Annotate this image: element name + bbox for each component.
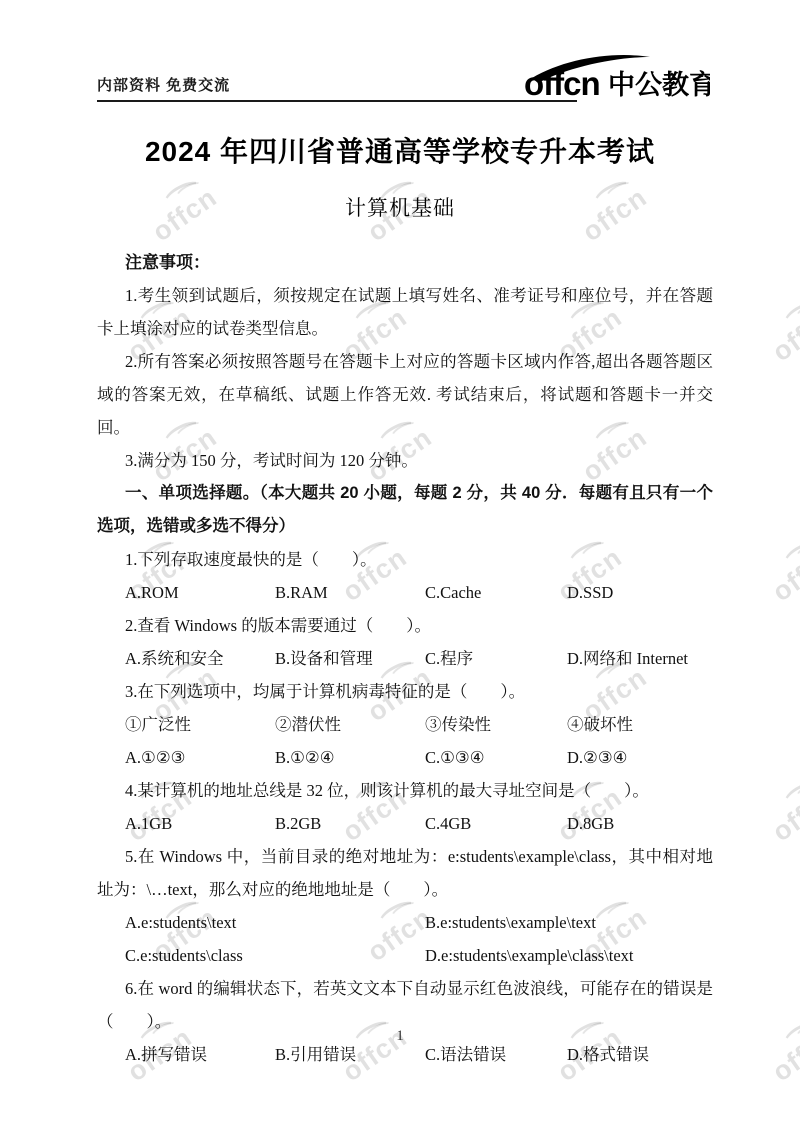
- exam-body: 注意事项： 1.考生领到试题后，须按规定在试题上填写姓名、准考证号和座位号，并在…: [97, 246, 713, 1071]
- option: C.Cache: [425, 576, 567, 609]
- header-label: 内部资料 免费交流: [97, 74, 230, 95]
- exam-page: offcnoffcnoffcnoffcnoffcnoffcnoffcnoffcn…: [0, 0, 800, 1131]
- option: A.拼写错误: [125, 1038, 275, 1071]
- options-row: A.ROMB.RAMC.CacheD.SSD: [97, 576, 713, 609]
- option: C.程序: [425, 642, 567, 675]
- options-row: ①广泛性②潜伏性③传染性④破坏性: [97, 708, 713, 741]
- option: ③传染性: [425, 708, 567, 741]
- option: D.SSD: [567, 576, 613, 609]
- option: D.格式错误: [567, 1038, 649, 1071]
- options-row: A.①②③B.①②④C.①③④D.②③④: [97, 741, 713, 774]
- option: C.语法错误: [425, 1038, 567, 1071]
- note-item: 3.满分为 150 分，考试时间为 120 分钟。: [97, 444, 713, 477]
- question-text: 4.某计算机的地址总线是 32 位，则该计算机的最大寻址空间是（ ）。: [97, 774, 713, 807]
- option: B.2GB: [275, 807, 425, 840]
- option: D.8GB: [567, 807, 614, 840]
- option: B.e:students\example\text: [425, 906, 596, 939]
- page-subtitle: 计算机基础: [0, 194, 800, 224]
- option: C.e:students\class: [125, 939, 425, 972]
- option: B.RAM: [275, 576, 425, 609]
- question-text: 3.在下列选项中，均属于计算机病毒特征的是（ ）。: [97, 675, 713, 708]
- note-item: 2.所有答案必须按照答题号在答题卡上对应的答题卡区域内作答,超出各题答题区域的答…: [97, 345, 713, 444]
- header-rule: [97, 100, 577, 102]
- options-row: A.拼写错误B.引用错误C.语法错误D.格式错误: [97, 1038, 713, 1071]
- question-text: 6.在 word 的编辑状态下，若英文文本下自动显示红色波浪线，可能存在的错误是…: [97, 972, 713, 1038]
- option: C.4GB: [425, 807, 567, 840]
- notes-heading: 注意事项：: [97, 246, 713, 279]
- option: C.①③④: [425, 741, 567, 774]
- option: ②潜伏性: [275, 708, 425, 741]
- question-text: 1.下列存取速度最快的是（ ）。: [97, 543, 713, 576]
- section-heading: 一、单项选择题。（本大题共 20 小题，每题 2 分，共 40 分．每题有且只有…: [97, 477, 713, 543]
- question-text: 5.在 Windows 中，当前目录的绝对地址为：e:students\exam…: [97, 840, 713, 906]
- option: A.ROM: [125, 576, 275, 609]
- option: A.1GB: [125, 807, 275, 840]
- option: A.系统和安全: [125, 642, 275, 675]
- option: A.①②③: [125, 741, 275, 774]
- option: B.引用错误: [275, 1038, 425, 1071]
- page-title: 2024 年四川省普通高等学校专升本考试: [0, 132, 800, 172]
- options-row: C.e:students\classD.e:students\example\c…: [97, 939, 713, 972]
- question-list: 1.下列存取速度最快的是（ ）。A.ROMB.RAMC.CacheD.SSD2.…: [97, 543, 713, 1071]
- note-item: 1.考生领到试题后，须按规定在试题上填写姓名、准考证号和座位号，并在答题卡上填涂…: [97, 279, 713, 345]
- option: A.e:students\text: [125, 906, 425, 939]
- option: ④破坏性: [567, 708, 633, 741]
- offcn-logo-icon: offcn 中公教育: [524, 53, 710, 101]
- option: D.②③④: [567, 741, 627, 774]
- question-text: 2.查看 Windows 的版本需要通过（ ）。: [97, 609, 713, 642]
- option: D.e:students\example\class\text: [425, 939, 634, 972]
- notes-list: 1.考生领到试题后，须按规定在试题上填写姓名、准考证号和座位号，并在答题卡上填涂…: [97, 279, 713, 477]
- options-row: A.e:students\textB.e:students\example\te…: [97, 906, 713, 939]
- options-row: A.1GBB.2GBC.4GBD.8GB: [97, 807, 713, 840]
- options-row: A.系统和安全B.设备和管理C.程序D.网络和 Internet: [97, 642, 713, 675]
- option: ①广泛性: [125, 708, 275, 741]
- option: B.设备和管理: [275, 642, 425, 675]
- logo-brand-text: 中公教育: [608, 69, 710, 100]
- page-header: 内部资料 免费交流 offcn 中公教育: [97, 58, 710, 102]
- offcn-logo: offcn 中公教育: [524, 53, 710, 106]
- option: D.网络和 Internet: [567, 642, 688, 675]
- option: B.①②④: [275, 741, 425, 774]
- logo-text: offcn: [524, 65, 600, 101]
